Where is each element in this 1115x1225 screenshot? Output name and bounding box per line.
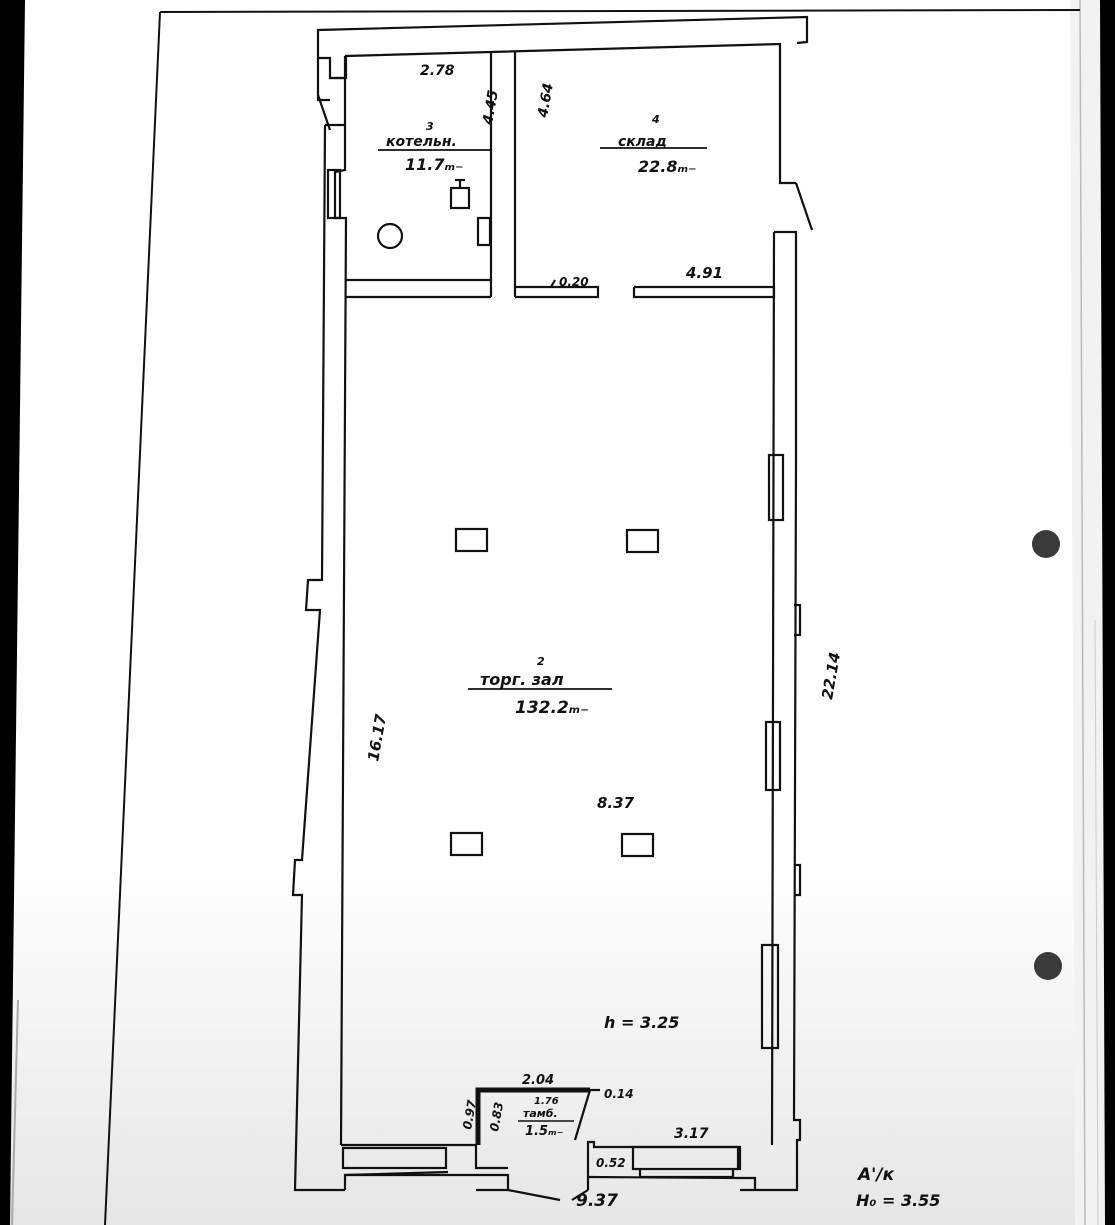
dim-storage-width: 4.91 xyxy=(685,264,723,282)
room-2-name: торг. зал xyxy=(480,670,564,689)
dim-entry-pier: 0.52 xyxy=(596,1156,626,1170)
punch-hole-icon xyxy=(1034,952,1062,980)
dim-storage-door-offset: 0.20 xyxy=(559,275,589,289)
sheet-mark: А'/к xyxy=(856,1165,895,1185)
room-4-number: 4 xyxy=(651,113,660,126)
room-2-number: 2 xyxy=(537,655,545,668)
floor-plan-sheet: 3 котельн. 11.7ₘ₋ 2.78 4.45 4 склад 22.8… xyxy=(0,0,1115,1225)
dim-entry-right: 3.17 xyxy=(674,1126,709,1142)
dim-vestibule-inner: 1.76 xyxy=(534,1096,559,1107)
room-4-area: 22.8ₘ₋ xyxy=(638,157,697,176)
vestibule-area: 1.5ₘ₋ xyxy=(525,1124,564,1139)
ceiling-height: h = 3.25 xyxy=(604,1013,679,1032)
dim-hall-width: 8.37 xyxy=(597,794,635,812)
dim-building-width: 9.37 xyxy=(576,1191,618,1211)
paper xyxy=(10,0,1105,1225)
room-3-number: 3 xyxy=(426,120,434,133)
room-2-area: 132.2ₘ₋ xyxy=(515,698,589,718)
vestibule-name: тамб. xyxy=(523,1107,558,1120)
dim-vestibule-width: 2.04 xyxy=(522,1073,554,1088)
dim-boiler-width: 2.78 xyxy=(420,63,455,79)
dim-vestibule-jamb: 0.14 xyxy=(604,1087,634,1101)
room-3-area: 11.7ₘ₋ xyxy=(405,155,464,174)
floor-height: H₀ = 3.55 xyxy=(856,1191,940,1210)
punch-hole-icon xyxy=(1032,530,1060,558)
room-3-name: котельн. xyxy=(386,134,457,150)
